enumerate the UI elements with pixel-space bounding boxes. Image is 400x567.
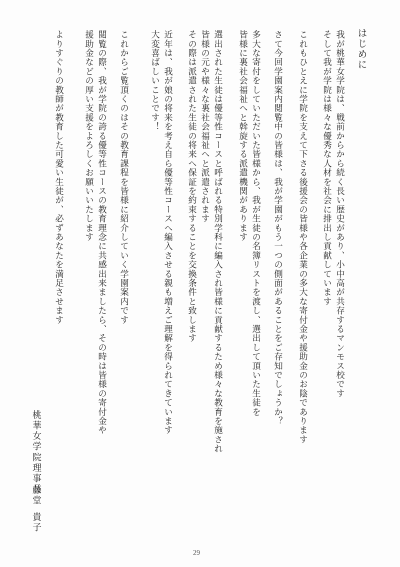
paragraph-line: さて今回学園案内閲覧中の皆様は、我が学園がもう一つの側面があることをご存知でしょ… [272, 30, 283, 426]
paragraph-line: これからご覧頂くのはその教育課程を皆様に紹介していく学園案内です [118, 30, 129, 324]
paragraph-line: 我が桃華女学院は、戦前からから続く長い歴史があり、小中高が共存するマンモス校です [334, 30, 345, 398]
document-page: はじめに 我が桃華女学院は、戦前からから続く長い歴史があり、小中高が共存するマン… [0, 0, 400, 567]
paragraph-line: 援助金などの厚い支援をよろしくお願いいたします [83, 30, 94, 242]
paragraph-line: 選出された生徒は優等性コースと呼ばれる特別学科に編入され皆様に貢献するため様々な… [212, 30, 223, 453]
page-number: 29 [193, 549, 200, 557]
paragraph-line: これもひとえに学院を支えて下さる後援会の皆様や各企業の多大な寄付金や援助金のお陰… [297, 30, 308, 444]
signature-given-name: 貴子 [30, 512, 41, 533]
paragraph-line: 皆様の元や様々な裏社会福祉へと派遣されます [199, 30, 210, 223]
paragraph-line: よりすぐりの教師が教育した可愛い生徒が、必ずあなたを満足させます [53, 30, 64, 324]
signature-surname: 藤堂 [30, 485, 41, 506]
paragraph-line: そして我が学院は様々な優秀な人材を社会に排出し貢献しています [321, 30, 332, 306]
paragraph-line: 近年は、我が娘の将来を考え自ら優等性コースへ編入させる親も増えご理解を得られてき… [162, 30, 173, 435]
paragraph-line: その際は派遣された生徒の将来へ保証を約束することを交換条件と致します [186, 30, 197, 343]
paragraph-line: 多大な寄付をしていただいた皆様から、我が生徒の名簿リストを渡し、選出して頂いた生… [250, 30, 261, 416]
paragraph-line: 皆様に裏社会福祉へと斡旋する派遣機関があります [237, 30, 248, 242]
paragraph-line: 閲覧の際、我が学院の誇る優等性コースの教育理念に共感出来ましたら、その時は皆様の… [96, 30, 107, 435]
document-title: はじめに [355, 28, 366, 70]
signature-affiliation: 桃華女学院理事長 [30, 410, 41, 495]
paragraph-line: 大変喜ばしいことです！ [149, 30, 160, 131]
